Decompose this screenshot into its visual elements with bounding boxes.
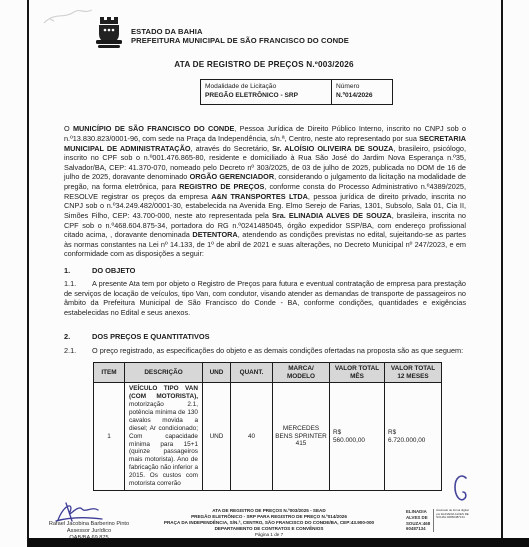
pencil-scribble: [40, 3, 102, 29]
section-1-title: DO OBJETO: [92, 266, 135, 275]
price-table-header-row: ITEM DESCRIÇÃO UND QUANT. MARCA/ MODELO …: [94, 363, 441, 383]
cell-descricao-bold: VEÍCULO TIPO VAN (COM MOTORISTA),: [129, 385, 198, 400]
page-border-right: [501, 0, 503, 541]
number-value: N.º014/2026: [336, 92, 388, 101]
col-header-valor-12-meses: VALOR TOTAL 12 MESES: [385, 363, 441, 383]
modality-box: Modalidade de Licitação PREGÃO ELETRÔNIC…: [200, 79, 393, 105]
clause-1-1-text: A presente Ata tem por objeto o Registro…: [64, 279, 466, 317]
table-row: 1 VEÍCULO TIPO VAN (COM MOTORISTA), moto…: [94, 383, 441, 490]
section-2-title: DOS PREÇOS E QUANTITATIVOS: [92, 332, 210, 341]
clause-1-1: 1.1.A presente Ata tem por objeto o Regi…: [64, 279, 466, 317]
document-title: ATA DE REGISTRO DE PREÇOS N.º003/2026: [27, 60, 501, 69]
cell-marca-modelo: MERCEDES BENS SPRINTER 415: [273, 383, 330, 490]
stamp-certificate-text: Assinado de forma digital por ELINADIA A…: [433, 509, 472, 532]
stamp-line-4: 60487134: [406, 526, 430, 532]
price-table: ITEM DESCRIÇÃO UND QUANT. MARCA/ MODELO …: [93, 362, 442, 491]
cell-valor-12-meses: R$ 6.720.000,00: [385, 383, 441, 490]
page-border-left: [27, 0, 29, 547]
cell-quant: 40: [231, 383, 273, 490]
col-header-valor-mes: VALOR TOTAL MÊS: [330, 363, 385, 383]
number-label: Número: [336, 83, 388, 92]
col-header-quant: QUANT.: [231, 363, 273, 383]
scanned-document-page: ESTADO DA BAHIA PREFEITURA MUNICIPAL DE …: [0, 0, 529, 547]
col-header-descricao: DESCRIÇÃO: [125, 363, 203, 383]
stamp-signer-id: ELINADIA ALVES DE SOUZA:468 60487134: [406, 509, 430, 532]
stamp-line-1: ELINADIA: [406, 509, 430, 515]
clause-2-1: 2.1.O preço registrado, as especificaçõe…: [64, 346, 466, 356]
org-municipality: PREFEITURA MUNICIPAL DE SÃO FRANCISCO DO…: [131, 36, 349, 45]
number-cell: Número N.º014/2026: [332, 80, 392, 104]
cell-und: UND: [203, 383, 231, 490]
cell-descricao-rest: motorização 2.1, potência mínima de 130 …: [129, 401, 198, 487]
modality-value: PREGÃO ELETRÔNICO - SRP: [205, 92, 327, 101]
col-header-und: UND: [203, 363, 231, 383]
org-header: ESTADO DA BAHIA PREFEITURA MUNICIPAL DE …: [131, 27, 349, 46]
modality-cell: Modalidade de Licitação PREGÃO ELETRÔNIC…: [201, 80, 332, 104]
col-header-item: ITEM: [94, 363, 125, 383]
clause-2-1-number: 2.1.: [64, 346, 92, 356]
digital-signature-stamp: ELINADIA ALVES DE SOUZA:468 60487134 Ass…: [406, 509, 472, 532]
preamble-paragraph: O MUNICÍPIO DE SÃO FRANCISCO DO CONDE, P…: [64, 124, 466, 259]
stamp-line-2: ALVES DE: [406, 515, 430, 521]
section-1-heading: 1.DO OBJETO: [64, 266, 466, 275]
section-1-number: 1.: [64, 266, 92, 275]
footer-center-block: ATA DE REGISTRO DE PREÇOS N.º003/2025 - …: [128, 508, 410, 538]
clause-2-1-text: O preço registrado, as especificações do…: [92, 346, 463, 355]
municipal-coat-of-arms-icon: [94, 15, 124, 51]
footer-page-number: Página 1 de 7: [128, 532, 410, 538]
modality-label: Modalidade de Licitação: [205, 83, 327, 92]
cell-valor-mes: R$ 560.000,00: [330, 383, 385, 490]
org-state: ESTADO DA BAHIA: [131, 27, 349, 36]
col-header-marca-modelo: MARCA/ MODELO: [273, 363, 330, 383]
section-2-heading: 2.DOS PREÇOS E QUANTITATIVOS: [64, 332, 466, 341]
clause-1-1-number: 1.1.: [64, 279, 92, 289]
handwritten-rubric-mark: [451, 472, 473, 508]
cell-descricao: VEÍCULO TIPO VAN (COM MOTORISTA), motori…: [125, 383, 203, 490]
cell-item: 1: [94, 383, 125, 490]
section-2-number: 2.: [64, 332, 92, 341]
